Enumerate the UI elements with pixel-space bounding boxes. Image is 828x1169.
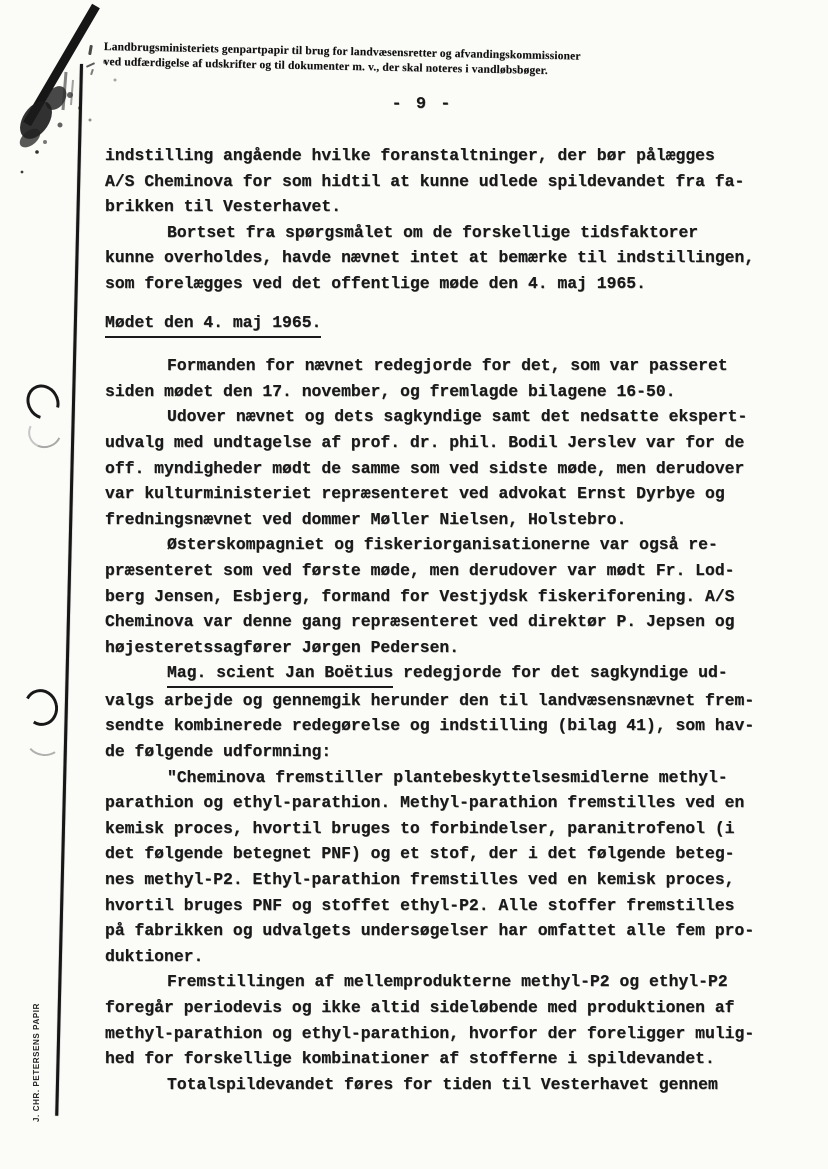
text-line: fredningsnævnet ved dommer Møller Nielse… bbox=[105, 507, 800, 533]
text-line: duktioner. bbox=[105, 944, 800, 970]
text-line: Bortset fra spørgsmålet om de forskellig… bbox=[105, 220, 800, 246]
scanned-document-page: Landbrugsministeriets genpartpapir til b… bbox=[0, 0, 828, 1169]
page-number: - 9 - bbox=[347, 95, 497, 114]
text-line: de følgende udformning: bbox=[105, 739, 800, 765]
hole-punch-shadow-bottom bbox=[24, 724, 64, 759]
text-line: Totalspildevandet føres for tiden til Ve… bbox=[105, 1072, 800, 1098]
text-line: "Cheminova fremstiller plantebeskyttelse… bbox=[105, 765, 800, 791]
text-line: sendte kombinerede redegørelse og indsti… bbox=[105, 713, 800, 739]
text-line: foregår periodevis og ikke altid sideløb… bbox=[105, 995, 800, 1021]
text-line: Mag. scient Jan Boëtius redegjorde for d… bbox=[105, 660, 800, 688]
underlined-speaker-name: Mag. scient Jan Boëtius bbox=[167, 660, 393, 688]
text-line: A/S Cheminova for som hidtil at kunne ud… bbox=[105, 169, 800, 195]
text-line: valgs arbejde og gennemgik herunder den … bbox=[105, 688, 800, 714]
text-line: på fabrikken og udvalgets undersøgelser … bbox=[105, 918, 800, 944]
text-line: som forelægges ved det offentlige møde d… bbox=[105, 271, 800, 297]
margin-rule-line bbox=[55, 64, 83, 1116]
text-line-continuation: redegjorde for det sagkyndige ud- bbox=[393, 663, 727, 682]
meeting-heading: Mødet den 4. maj 1965. bbox=[105, 310, 800, 339]
text-line: præsenteret som ved første møde, men der… bbox=[105, 558, 800, 584]
hole-punch-mark-bottom bbox=[20, 685, 62, 730]
text-line: kunne overholdes, havde nævnet intet at … bbox=[105, 245, 800, 271]
text-line: Udover nævnet og dets sagkyndige samt de… bbox=[105, 404, 800, 430]
text-line: udvalg med undtagelse af prof. dr. phil.… bbox=[105, 430, 800, 456]
text-line: Formanden for nævnet redegjorde for det,… bbox=[105, 353, 800, 379]
text-line: siden mødet den 17. november, og fremlag… bbox=[105, 379, 800, 405]
text-line: højesteretssagfører Jørgen Pedersen. bbox=[105, 635, 800, 661]
text-line: nes methyl-P2. Ethyl-parathion fremstill… bbox=[105, 867, 800, 893]
text-line: Cheminova var denne gang repræsenteret v… bbox=[105, 609, 800, 635]
paper-maker-stamp: J. CHR. PETERSENS PAPIR bbox=[32, 1022, 44, 1122]
text-line: hed for forskellige kombinationer af sto… bbox=[105, 1046, 800, 1072]
text-line: parathion og ethyl-parathion. Methyl-par… bbox=[105, 790, 800, 816]
text-line: det følgende betegnet PNF) og et stof, d… bbox=[105, 841, 800, 867]
text-line: Fremstillingen af mellemprodukterne meth… bbox=[105, 969, 800, 995]
text-line: var kulturministeriet repræsenteret ved … bbox=[105, 481, 800, 507]
hole-punch-shadow-top bbox=[24, 411, 67, 453]
text-line: off. myndigheder mødt de samme som ved s… bbox=[105, 456, 800, 482]
header-note: Landbrugsministeriets genpartpapir til b… bbox=[103, 40, 683, 82]
text-line: Østerskompagniet og fiskeriorganisatione… bbox=[105, 532, 800, 558]
text-line: kemisk proces, hvortil bruges to forbind… bbox=[105, 816, 800, 842]
document-body: indstilling angående hvilke foranstaltni… bbox=[105, 143, 800, 1097]
text-line: hvortil bruges PNF og stoffet ethyl-P2. … bbox=[105, 893, 800, 919]
text-line: berg Jensen, Esbjerg, formand for Vestjy… bbox=[105, 584, 800, 610]
text-line: brikken til Vesterhavet. bbox=[105, 194, 800, 220]
text-line: indstilling angående hvilke foranstaltni… bbox=[105, 143, 800, 169]
meeting-heading-text: Mødet den 4. maj 1965. bbox=[105, 310, 321, 339]
text-line: methyl-parathion og ethyl-parathion, hvo… bbox=[105, 1021, 800, 1047]
